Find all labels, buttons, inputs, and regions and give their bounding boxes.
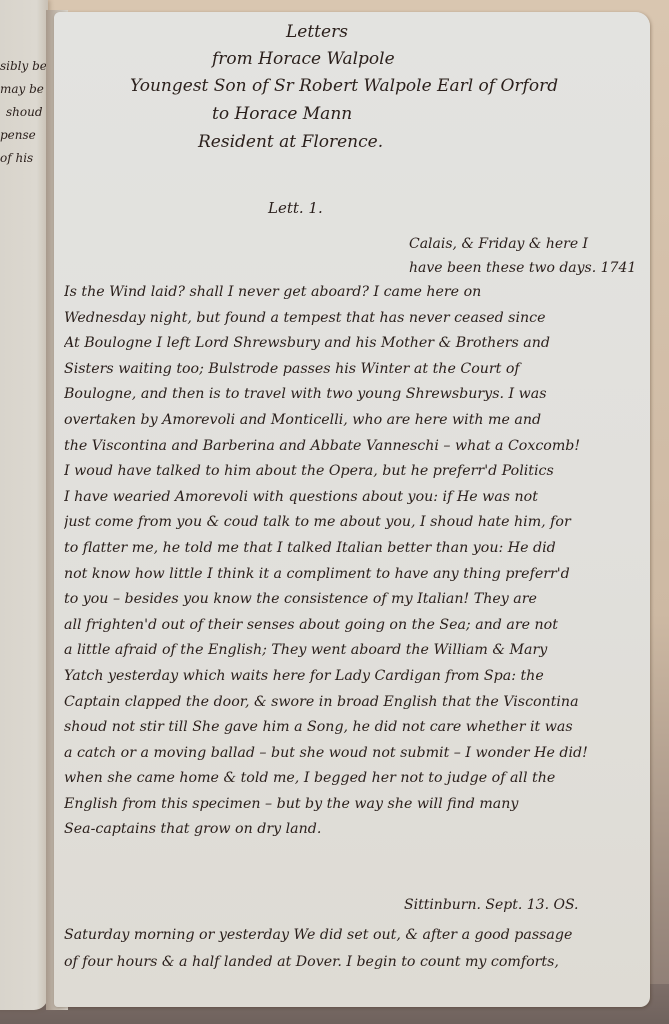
body-line: Captain clapped the door, & swore in bro… bbox=[64, 690, 649, 716]
body-line: to flatter me, he told me that I talked … bbox=[64, 536, 649, 562]
dateline-line: have been these two days. 1741 bbox=[409, 256, 636, 280]
body-line: all frighten'd out of their senses about… bbox=[64, 613, 649, 639]
body-line: just come from you & coud talk to me abo… bbox=[64, 510, 649, 536]
body-line: Sisters waiting too; Bulstrode passes hi… bbox=[64, 357, 649, 383]
heading-line: Resident at Florence. bbox=[198, 132, 383, 152]
manuscript-photo: sibly be may be shoud pense of his Lette… bbox=[0, 0, 669, 1024]
body-line: when she came home & told me, I begged h… bbox=[64, 766, 649, 792]
heading-line: Youngest Son of Sr Robert Walpole Earl o… bbox=[130, 76, 558, 96]
fragment: sibly be bbox=[0, 55, 47, 78]
body-line: Saturday morning or yesterday We did set… bbox=[64, 922, 649, 949]
second-dateline: Sittinburn. Sept. 13. OS. bbox=[404, 897, 579, 913]
body-line: a catch or a moving ballad – but she wou… bbox=[64, 741, 649, 767]
fragment: of his bbox=[0, 147, 47, 170]
heading-line: from Horace Walpole bbox=[212, 49, 395, 69]
body-line: not know how little I think it a complim… bbox=[64, 562, 649, 588]
heading-line: to Horace Mann bbox=[212, 104, 352, 124]
letter-body-continued: Saturday morning or yesterday We did set… bbox=[64, 922, 649, 976]
body-line: Is the Wind laid? shall I never get aboa… bbox=[64, 280, 649, 306]
letter-body: Is the Wind laid? shall I never get aboa… bbox=[64, 280, 649, 843]
body-line: a little afraid of the English; They wen… bbox=[64, 638, 649, 664]
body-line: English from this specimen – but by the … bbox=[64, 792, 649, 818]
body-line: Boulogne, and then is to travel with two… bbox=[64, 382, 649, 408]
fragment: pense bbox=[0, 124, 47, 147]
dateline-line: Calais, & Friday & here I bbox=[409, 232, 636, 256]
heading-line: Letters bbox=[286, 22, 348, 42]
body-line: I woud have talked to him about the Oper… bbox=[64, 459, 649, 485]
fragment: shoud bbox=[0, 101, 47, 124]
fragment: may be bbox=[0, 78, 47, 101]
left-page: sibly be may be shoud pense of his bbox=[0, 0, 48, 1010]
body-line: Sea-captains that grow on dry land. bbox=[64, 817, 649, 843]
body-line: the Viscontina and Barberina and Abbate … bbox=[64, 434, 649, 460]
body-line: Yatch yesterday which waits here for Lad… bbox=[64, 664, 649, 690]
left-page-fragments: sibly be may be shoud pense of his bbox=[0, 55, 47, 170]
dateline: Calais, & Friday & here I have been thes… bbox=[409, 232, 636, 280]
letter-number: Lett. 1. bbox=[268, 199, 323, 217]
body-line: Wednesday night, but found a tempest tha… bbox=[64, 306, 649, 332]
body-line: At Boulogne I left Lord Shrewsbury and h… bbox=[64, 331, 649, 357]
body-line: of four hours & a half landed at Dover. … bbox=[64, 949, 649, 976]
body-line: shoud not stir till She gave him a Song,… bbox=[64, 715, 649, 741]
right-page: Letters from Horace Walpole Youngest Son… bbox=[54, 12, 650, 1007]
body-line: I have wearied Amorevoli with questions … bbox=[64, 485, 649, 511]
body-line: overtaken by Amorevoli and Monticelli, w… bbox=[64, 408, 649, 434]
body-line: to you – besides you know the consistenc… bbox=[64, 587, 649, 613]
